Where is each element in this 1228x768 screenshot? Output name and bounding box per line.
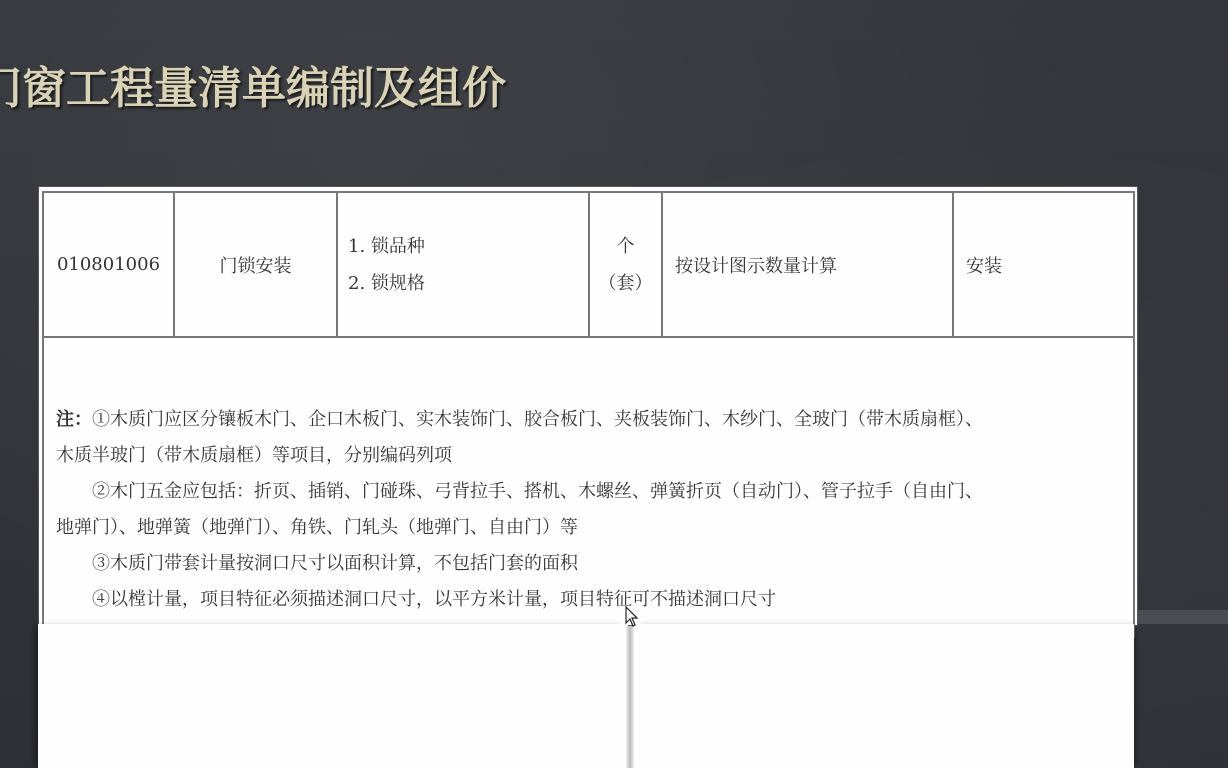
item-name-cell: 门锁安装 [174, 192, 337, 337]
bill-of-quantities-table: 010801006 门锁安装 1. 锁品种 2. 锁规格 个 （套） 按设计图示… [42, 191, 1135, 338]
feature-line: 2. 锁规格 [348, 265, 588, 302]
unit-line: （套） [590, 265, 661, 302]
unit-cell: 个 （套） [589, 192, 662, 337]
note-2-line-1: ②木门五金应包括：折页、插销、门碰珠、弓背拉手、搭机、木螺丝、弹簧折页（自动门）… [56, 474, 1119, 510]
note-2-line-2: 地弹门）、地弹簧（地弹门）、角铁、门轧头（地弹门、自由门）等 [56, 510, 1119, 546]
note-text: ①木质门应区分镶板木门、企口木板门、实木装饰门、胶合板门、夹板装饰门、木纱门、全… [92, 409, 983, 430]
mouse-pointer-icon [625, 606, 641, 628]
page-fold-divider [626, 626, 634, 768]
calc-rule-cell: 按设计图示数量计算 [662, 192, 953, 337]
notes-block: 注：①木质门应区分镶板木门、企口木板门、实木装饰门、胶合板门、夹板装饰门、木纱门… [42, 338, 1135, 638]
background-strip [1138, 610, 1228, 624]
feature-line: 1. 锁品种 [348, 228, 588, 265]
note-3: ③木质门带套计量按洞口尺寸以面积计算，不包括门套的面积 [56, 546, 1119, 582]
table-row: 010801006 门锁安装 1. 锁品种 2. 锁规格 个 （套） 按设计图示… [43, 192, 1134, 337]
note-1-line-1: 注：①木质门应区分镶板木门、企口木板门、实木装饰门、胶合板门、夹板装饰门、木纱门… [56, 402, 1119, 438]
slide-title: 门窗工程量清单编制及组价 [0, 52, 506, 116]
document-panel: 010801006 门锁安装 1. 锁品种 2. 锁规格 个 （套） 按设计图示… [38, 186, 1138, 626]
lower-page-right [634, 624, 1134, 768]
work-content-cell: 安装 [953, 192, 1134, 337]
item-code-cell: 010801006 [43, 192, 174, 337]
item-features-cell: 1. 锁品种 2. 锁规格 [337, 192, 589, 337]
unit-line: 个 [590, 228, 661, 265]
lower-page-left [38, 624, 628, 768]
note-label: 注： [56, 409, 92, 430]
note-4: ④以樘计量，项目特征必须描述洞口尺寸，以平方米计量，项目特征可不描述洞口尺寸 [56, 582, 1119, 618]
note-1-line-2: 木质半玻门（带木质扇框）等项目，分别编码列项 [56, 438, 1119, 474]
